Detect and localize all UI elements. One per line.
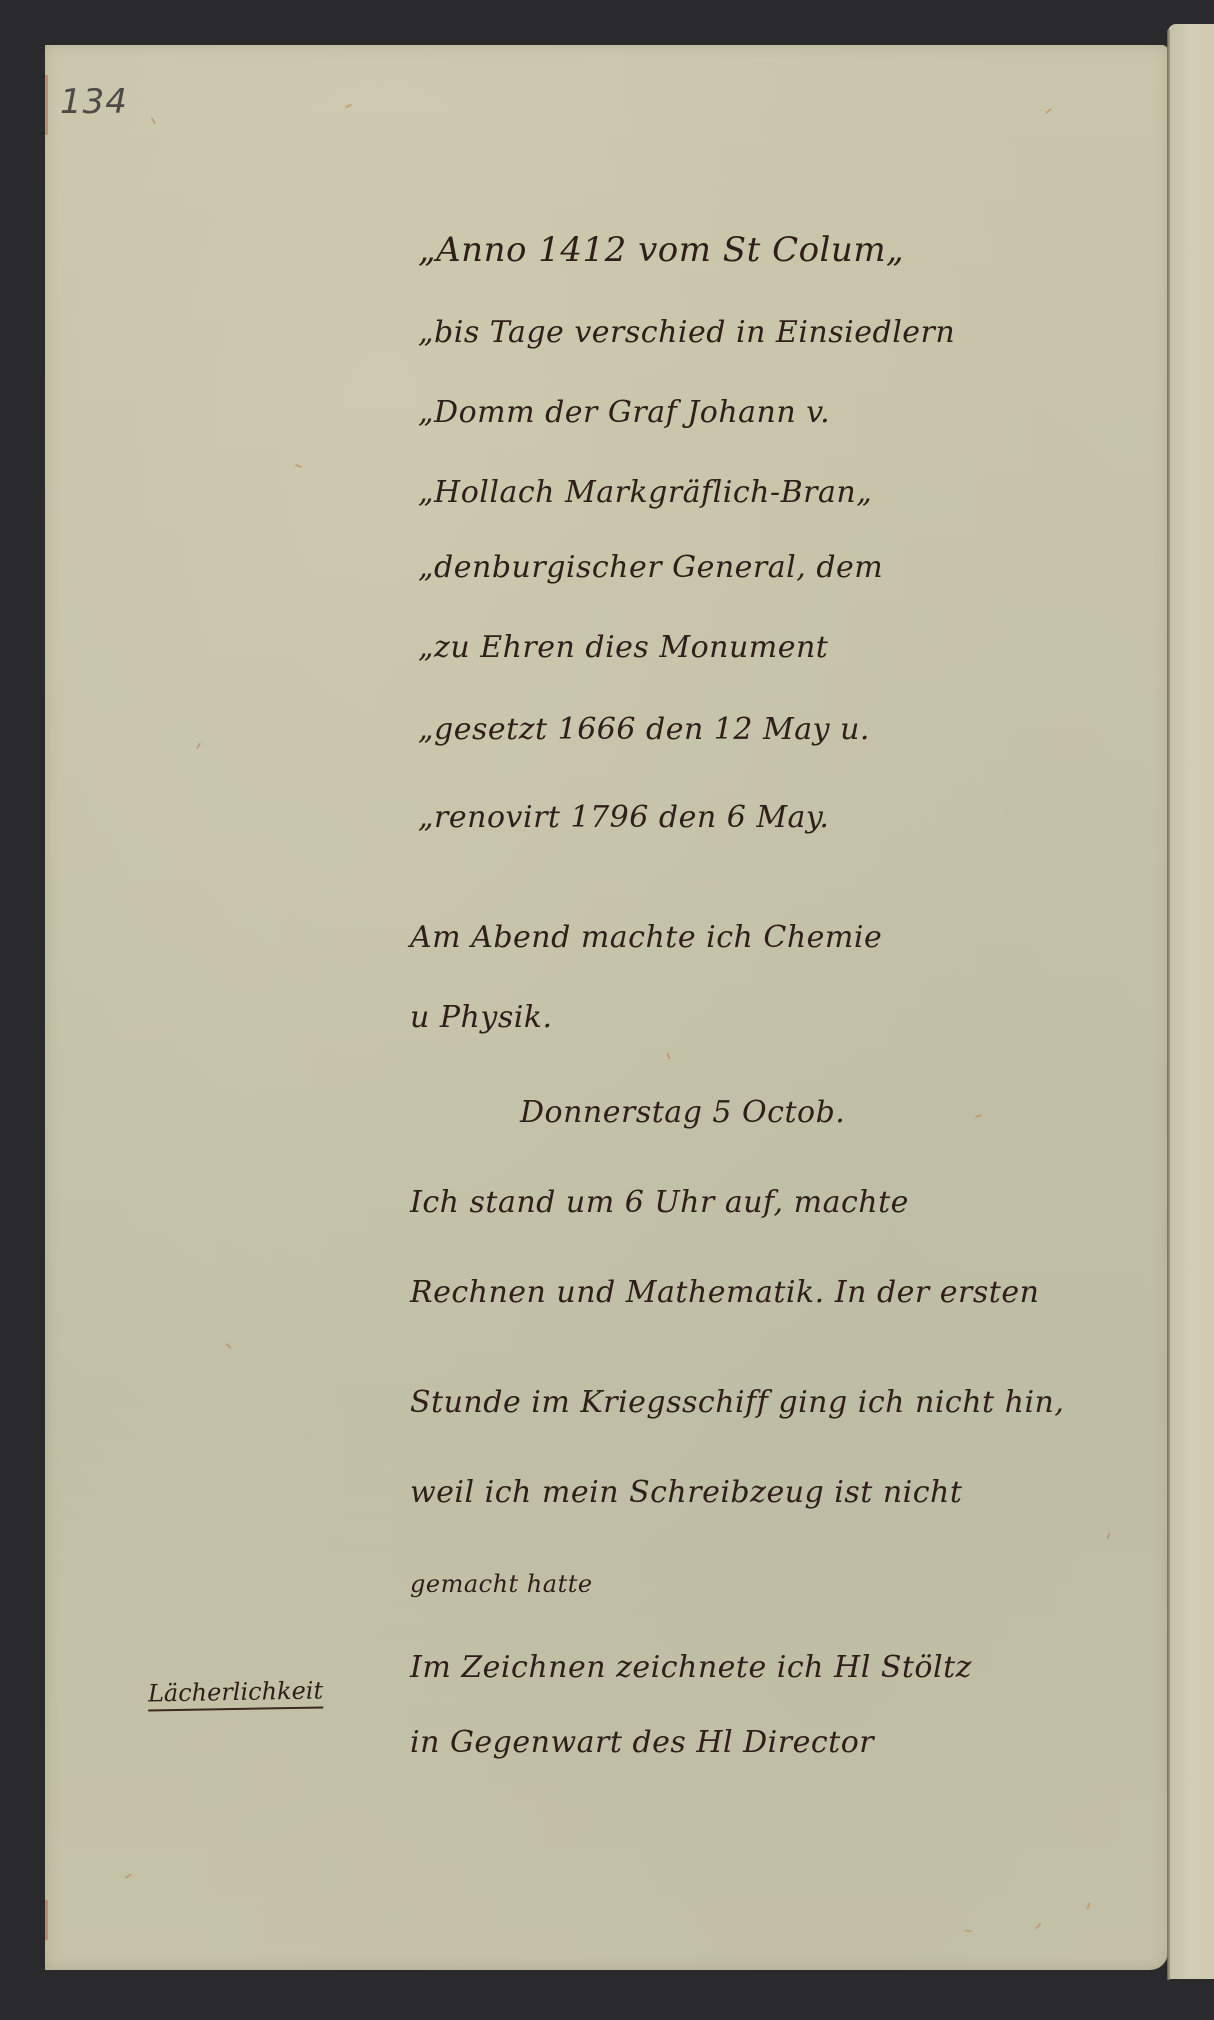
paper-fleck [225,1343,231,1349]
diary-line: Rechnen und Mathematik. In der ersten [410,1275,1039,1310]
diary-date-heading: Donnerstag 5 Octob. [520,1095,845,1130]
diary-line: weil ich mein Schreibzeug ist nicht [410,1475,962,1510]
red-edge-mark [45,75,48,135]
margin-annotation: Lächerlichkeit [148,1676,324,1711]
diary-line: gemacht hatte [410,1570,593,1598]
inscription-line: „gesetzt 1666 den 12 May u. [418,712,870,747]
diary-line: in Gegenwart des Hl Director [410,1725,874,1760]
diary-line: u Physik. [410,1000,553,1035]
paper-fleck [975,1114,982,1118]
inscription-line: „renovirt 1796 den 6 May. [418,800,829,835]
inscription-line: „Anno 1412 vom St Colum„ [418,230,904,270]
diary-line: Ich stand um 6 Uhr auf, machte [410,1185,909,1220]
paper-fleck [1035,1923,1041,1930]
next-page-edge [1168,24,1214,1979]
paper-fleck [151,117,156,124]
folio-number: 134 [60,82,128,122]
red-edge-mark [45,1900,48,1940]
inscription-line: „bis Tage verschied in Einsiedlern [418,315,955,350]
paper-fleck [125,1873,132,1878]
paper-fleck [295,464,302,468]
paper-fleck [1086,1902,1090,1909]
inscription-line: „Hollach Markgräflich-Bran„ [418,475,872,510]
diary-line: Stunde im Kriegsschiff ging ich nicht hi… [410,1385,1064,1420]
paper-fleck [965,1929,972,1932]
diary-line: Am Abend machte ich Chemie [410,920,882,955]
paper-fleck [345,103,352,108]
inscription-line: „denburgischer General, dem [418,550,883,585]
inscription-line: „Domm der Graf Johann v. [418,395,830,430]
binding-gutter [1167,30,1170,1980]
paper-fleck [1106,1532,1110,1539]
inscription-line: „zu Ehren dies Monument [418,630,828,665]
paper-fleck [666,1052,670,1059]
paper-fleck [196,742,201,749]
diary-line: Im Zeichnen zeichnete ich Hl Stöltz [410,1650,972,1685]
paper-fleck [1045,108,1052,114]
